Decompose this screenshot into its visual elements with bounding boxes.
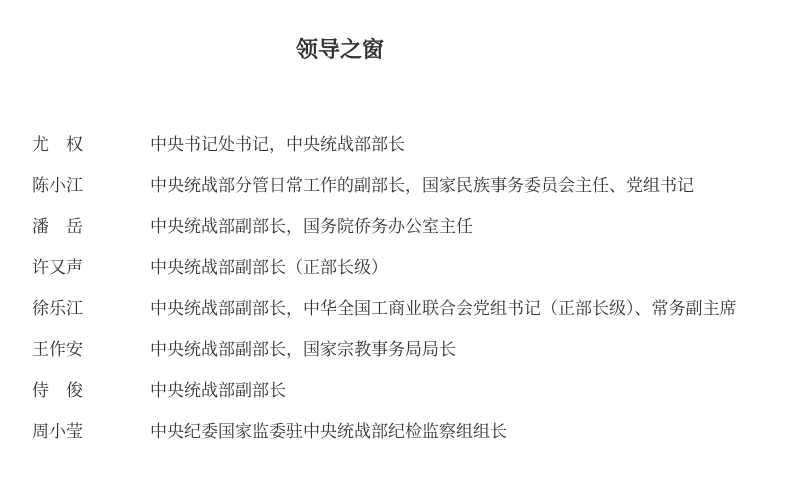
leader-position: 中央纪委国家监委驻中央统战部纪检监察组组长 bbox=[150, 420, 507, 444]
leader-position: 中央统战部副部长 bbox=[150, 379, 286, 403]
leader-name: 潘 岳 bbox=[32, 215, 150, 239]
leader-row: 陈小江 中央统战部分管日常工作的副部长，国家民族事务委员会主任、党组书记 bbox=[32, 165, 737, 206]
leader-name: 徐乐江 bbox=[32, 297, 150, 321]
leader-name: 尤 权 bbox=[32, 133, 150, 157]
leader-position: 中央统战部副部长，国务院侨务办公室主任 bbox=[150, 215, 473, 239]
leader-name: 陈小江 bbox=[32, 174, 150, 198]
leader-row: 尤 权 中央书记处书记，中央统战部部长 bbox=[32, 124, 737, 165]
leader-position: 中央统战部副部长，中华全国工商业联合会党组书记（正部长级）、常务副主席 bbox=[150, 297, 737, 321]
leader-row: 周小莹 中央纪委国家监委驻中央统战部纪检监察组组长 bbox=[32, 411, 737, 452]
leader-row: 许又声 中央统战部副部长（正部长级） bbox=[32, 247, 737, 288]
leader-row: 徐乐江 中央统战部副部长，中华全国工商业联合会党组书记（正部长级）、常务副主席 bbox=[32, 288, 737, 329]
leader-position: 中央书记处书记，中央统战部部长 bbox=[150, 133, 405, 157]
leader-position: 中央统战部副部长，国家宗教事务局局长 bbox=[150, 338, 456, 362]
page-title: 领导之窗 bbox=[0, 36, 680, 66]
leader-list: 尤 权 中央书记处书记，中央统战部部长 陈小江 中央统战部分管日常工作的副部长，… bbox=[32, 124, 737, 452]
leader-name: 周小莹 bbox=[32, 420, 150, 444]
leader-name: 王作安 bbox=[32, 338, 150, 362]
leader-position: 中央统战部副部长（正部长级） bbox=[150, 256, 388, 280]
leader-row: 侍 俊 中央统战部副部长 bbox=[32, 370, 737, 411]
leader-row: 潘 岳 中央统战部副部长，国务院侨务办公室主任 bbox=[32, 206, 737, 247]
leader-name: 侍 俊 bbox=[32, 379, 150, 403]
leader-position: 中央统战部分管日常工作的副部长，国家民族事务委员会主任、党组书记 bbox=[150, 174, 694, 198]
leader-row: 王作安 中央统战部副部长，国家宗教事务局局长 bbox=[32, 329, 737, 370]
leader-name: 许又声 bbox=[32, 256, 150, 280]
